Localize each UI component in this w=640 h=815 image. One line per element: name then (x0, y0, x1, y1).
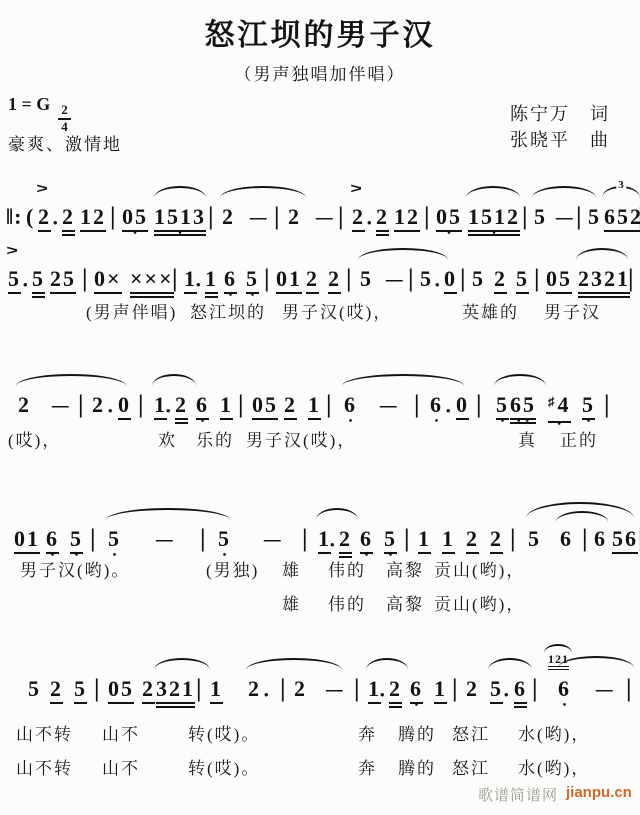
dash-note: – (250, 204, 270, 230)
slur-arc (152, 374, 196, 386)
bar-line: | (532, 676, 538, 701)
note-token: 1 (205, 266, 218, 298)
bar-line: | (280, 676, 286, 701)
bar-line: | (628, 266, 634, 291)
note-token: 5• (496, 392, 509, 420)
augmentation-dot: • (435, 272, 440, 298)
bar-line: | (90, 526, 96, 551)
lyric-segment: 怒江坝的 (190, 298, 266, 323)
note-token: 2 (92, 392, 105, 418)
note-token: 5 (28, 676, 41, 702)
bar-line: | (408, 266, 414, 291)
note-token: 2 (62, 204, 75, 236)
slur-arc (558, 656, 634, 668)
low-octave-dot: • (173, 231, 187, 237)
lyric-segment: 山不 (102, 754, 140, 779)
note-token: 2 (222, 204, 235, 230)
music-line-5: 525|052321|12•|2–|1•26•1|25•6|1216•–| (0, 636, 640, 712)
note-token: 1 (308, 392, 321, 420)
note-token: 6• (558, 676, 571, 702)
note-token: 0× (94, 266, 122, 294)
lyric-segment: 怒江 (452, 720, 490, 745)
lyric-row: (男声伴唱)怒江坝的男子汉(哎)，英雄的男子汉 (0, 298, 640, 322)
note-token: 2 (284, 392, 297, 420)
bar-line: | (534, 266, 540, 291)
note-token: 05 (546, 266, 572, 294)
note-token: 56 (612, 526, 638, 554)
note-token: 2 (288, 204, 301, 230)
note-token: 1 (210, 676, 223, 704)
note-token: 2 (466, 526, 479, 554)
bar-line: | (196, 676, 202, 701)
bar-line: | (626, 676, 632, 701)
music-line-3: 2–|2•0|1•26•1|0521|6•–|6••0|5•65••♯4•5•| (0, 372, 640, 428)
lyric-segment: 转(哎)。 (188, 720, 260, 745)
score-area: ‖:(2•212|05•1513•|2–|2–|2•212|05•1512•|5… (0, 0, 640, 815)
note-token: 2 (18, 392, 31, 418)
dash-note: – (556, 204, 576, 230)
slur-arc (494, 374, 546, 386)
watermark-domain: jianpu.cn (566, 784, 632, 801)
note-token: 5 (516, 266, 529, 294)
slur-arc (16, 374, 126, 386)
lyric-segment: 水(哟)， (518, 720, 590, 745)
note-token: 5 (360, 266, 373, 292)
lyric-segment: 怒江 (452, 754, 490, 779)
augmentation-dot: • (53, 210, 58, 236)
low-octave-dot: •• (512, 419, 534, 425)
note-token: 2 (248, 676, 261, 702)
slur-arc (544, 644, 572, 653)
slur-arc (316, 508, 358, 520)
lyric-segment: (男独) (206, 556, 259, 581)
lyric-segment: 山不转 (16, 720, 73, 745)
note-token: 5• (384, 526, 397, 554)
bar-line: | (172, 266, 178, 291)
note-token: 6• (224, 266, 237, 294)
lyric-row: (哎)，欢乐的男子汉(哎)，真正的 (0, 426, 640, 450)
note-token: 321 (156, 676, 195, 708)
note-token: 2 (175, 392, 188, 424)
note-token: 5 (32, 266, 45, 298)
low-octave-dot: • (410, 703, 424, 709)
bar-line: | (452, 676, 458, 701)
note-token: 0 (456, 392, 469, 420)
dash-note: – (156, 526, 176, 552)
low-octave-dot: • (442, 231, 456, 237)
music-line-1: ‖:(2•212|05•1513•|2–|2–|2•212|05•1512•|5… (0, 182, 640, 242)
music-line-4: 016•5•|5•–|5•–|1•26•5•|1122|56|656| (0, 504, 640, 560)
note-token: 652 (604, 204, 640, 232)
note-token: 05 (108, 676, 134, 704)
note-token: 1 (220, 392, 233, 420)
dash-note: – (326, 676, 346, 702)
bar-line: | (238, 392, 244, 417)
note-token: 2 (306, 266, 319, 294)
slur-arc (358, 248, 448, 260)
note-token: 1 (442, 526, 455, 554)
note-token: 2 (494, 266, 507, 294)
lyric-row: 山不转山不转(哎)。奔腾的怒江水(哟)， (0, 720, 640, 744)
low-octave-dot: • (487, 231, 501, 237)
lyric-segment: 男子汉 (544, 298, 601, 323)
note-token: 2 (376, 204, 389, 236)
lyric-segment: 男子汉(哎)， (282, 298, 392, 323)
bar-line: | (78, 392, 84, 417)
slur-arc (154, 186, 206, 198)
repeat-sign: ‖: (6, 204, 22, 230)
note-token: 5• (246, 266, 259, 294)
lyric-segment: 高黎 (386, 590, 424, 615)
lyric-segment: (男声伴唱) (86, 298, 177, 323)
sharp-sign: ♯ (548, 394, 557, 409)
augmentation-dot: • (108, 398, 113, 424)
note-token: 2 (50, 676, 63, 704)
music-line-2: 5•525|0××××|1•16•5•|0122|5–|5•0|525|0523… (0, 246, 640, 302)
lyric-segment: 腾的 (398, 720, 436, 745)
low-octave-dot: • (496, 419, 510, 425)
note-token: 5• (582, 392, 595, 420)
slur-arc (220, 186, 306, 198)
slur-arc: 3 (602, 186, 640, 198)
lyric-segment: (哎)， (8, 426, 61, 451)
note-token: 5 (528, 526, 541, 552)
low-octave-dot: • (344, 419, 358, 425)
note-token: 25 (50, 266, 76, 294)
lyric-segment: 雄 (282, 590, 301, 615)
bar-line: | (354, 676, 360, 701)
augmentation-dot: • (264, 682, 269, 708)
bar-line: | (274, 204, 280, 229)
bar-line: | (94, 676, 100, 701)
lyric-segment: 贡山(哟)， (434, 556, 525, 581)
lyric-segment: 雄 (282, 556, 301, 581)
bar-line: | (604, 392, 610, 417)
lyric-segment: 男子汉(哟)。 (20, 556, 130, 581)
lyric-segment: 伟的 (328, 556, 366, 581)
note-token: 5 (74, 676, 87, 704)
dash-note: – (52, 392, 72, 418)
tuplet-number: 3 (616, 180, 626, 190)
note-token: 1512• (468, 204, 520, 236)
note-token: 6• (344, 392, 357, 418)
lyric-segment: 奔 (358, 720, 377, 745)
bar-line: | (414, 392, 420, 417)
bar-line: | (460, 266, 466, 291)
lyric-segment: 英雄的 (462, 298, 519, 323)
lyric-segment: 男子汉(哎)， (246, 426, 356, 451)
note-token: 5• (108, 526, 121, 552)
low-octave-dot: • (128, 231, 142, 237)
low-octave-dot: • (582, 419, 596, 425)
lyric-row: 雄伟的高黎贡山(哟)， (0, 590, 640, 614)
augmentation-dot: • (446, 398, 451, 424)
lyric-segment: 贡山(哟)， (434, 590, 525, 615)
note-token: 01 (276, 266, 302, 294)
note-token: 2 (328, 266, 341, 294)
bar-line: | (264, 266, 270, 291)
note-token: 1 (418, 526, 431, 554)
note-token: 6• (196, 392, 209, 420)
note-token: 2321 (578, 266, 630, 298)
bar-line: | (510, 526, 516, 551)
augmentation-dot: • (504, 682, 509, 708)
lyric-segment: 正的 (560, 426, 598, 451)
lyric-segment: 山不转 (16, 754, 73, 779)
note-token: 1 (434, 676, 447, 704)
lyric-segment: 欢 (158, 426, 177, 451)
note-token: 6 (560, 526, 573, 552)
low-octave-dot: • (196, 419, 210, 425)
dash-note: – (596, 676, 616, 702)
bar-line: | (82, 266, 88, 291)
note-token: 6• (410, 676, 423, 704)
note-token: 2 (466, 676, 479, 702)
bar-line: | (326, 392, 332, 417)
slur-arc (366, 658, 408, 670)
note-token: ××× (130, 266, 174, 298)
lyric-segment: 水(哟)， (518, 754, 590, 779)
note-token: 5 (490, 676, 503, 704)
dash-note: – (264, 526, 284, 552)
slur-arc (106, 508, 230, 520)
slur-arc (342, 374, 464, 386)
lyric-segment: 乐的 (196, 426, 234, 451)
note-token: 5 (472, 266, 485, 292)
watermark-site-name: 歌谱简谱网 (478, 784, 558, 805)
augmentation-dot: • (330, 532, 335, 558)
bar-line: | (522, 204, 528, 229)
bar-line: | (302, 526, 308, 551)
bar-line: | (208, 204, 214, 229)
note-token: 6 (594, 526, 607, 552)
note-token: 2 (294, 676, 307, 702)
note-token: 01 (14, 526, 40, 554)
low-octave-dot: • (558, 703, 572, 709)
augmentation-dot: • (380, 682, 385, 708)
lyric-segment: 转(哎)。 (188, 754, 260, 779)
augmentation-dot: • (367, 210, 372, 236)
lyric-segment: 伟的 (328, 590, 366, 615)
note-token: 6• (360, 526, 373, 554)
note-token: 2 (490, 526, 503, 554)
note-token: 0 (444, 266, 457, 294)
watermark: 歌谱简谱网 jianpu.cn (0, 784, 640, 806)
bar-line: | (576, 204, 582, 229)
note-token: 2 (389, 676, 402, 708)
slur-arc (466, 186, 520, 198)
note-token: 1513• (154, 204, 206, 236)
note-token: 65•• (510, 392, 536, 424)
lyric-segment: 山不 (102, 720, 140, 745)
note-token: 12 (80, 204, 106, 232)
augmentation-dot: • (166, 398, 171, 424)
bar-line: | (338, 204, 344, 229)
note-token: 6• (46, 526, 59, 554)
bar-line: | (346, 266, 352, 291)
note-token: 5 (588, 204, 601, 230)
note-token: 05• (122, 204, 148, 232)
note-token: 05 (252, 392, 278, 420)
note-token: 5• (70, 526, 83, 554)
note-token: 5• (218, 526, 231, 552)
note-token: 2 (142, 676, 155, 704)
note-token: 5 (534, 204, 547, 230)
accent-mark: > (6, 244, 17, 256)
lyric-segment: 腾的 (398, 754, 436, 779)
note-token: 6• (430, 392, 443, 418)
lyric-row: 男子汉(哟)。(男独)雄伟的高黎贡山(哟)， (0, 556, 640, 580)
bar-line: | (138, 392, 144, 417)
bar-line: | (200, 526, 206, 551)
slur-arc (154, 658, 210, 670)
dash-note: – (316, 204, 336, 230)
note-token: 5 (420, 266, 433, 292)
slur-arc (488, 658, 532, 670)
bar-line: | (404, 526, 410, 551)
note-token: 0 (118, 392, 131, 420)
augmentation-dot: • (23, 272, 28, 298)
note-token: ( (26, 204, 35, 230)
lyric-segment: 真 (518, 426, 537, 451)
accent-mark: > (36, 182, 47, 194)
low-octave-dot: • (430, 419, 444, 425)
accent-mark: > (350, 182, 361, 194)
note-token: 05• (436, 204, 462, 232)
bar-line: | (424, 204, 430, 229)
lyric-row: 山不转山不转(哎)。奔腾的怒江水(哟)， (0, 754, 640, 778)
slur-arc (532, 186, 596, 198)
bar-line: | (476, 392, 482, 417)
note-token: 6 (514, 676, 527, 708)
bar-line: | (110, 204, 116, 229)
note-token: 2 (339, 526, 352, 558)
lyric-segment: 高黎 (386, 556, 424, 581)
slur-arc (246, 658, 342, 670)
slur-arc (576, 248, 628, 260)
augmentation-dot: • (196, 272, 201, 298)
dash-note: – (386, 266, 406, 292)
note-token: ♯4• (548, 392, 571, 423)
lyric-segment: 奔 (358, 754, 377, 779)
dash-note: – (380, 392, 400, 418)
note-token: 12 (394, 204, 420, 232)
bar-line: | (582, 526, 588, 551)
note-token: 5 (8, 266, 21, 294)
note-token: 2 (38, 204, 51, 232)
note-token: 2 (352, 204, 365, 232)
